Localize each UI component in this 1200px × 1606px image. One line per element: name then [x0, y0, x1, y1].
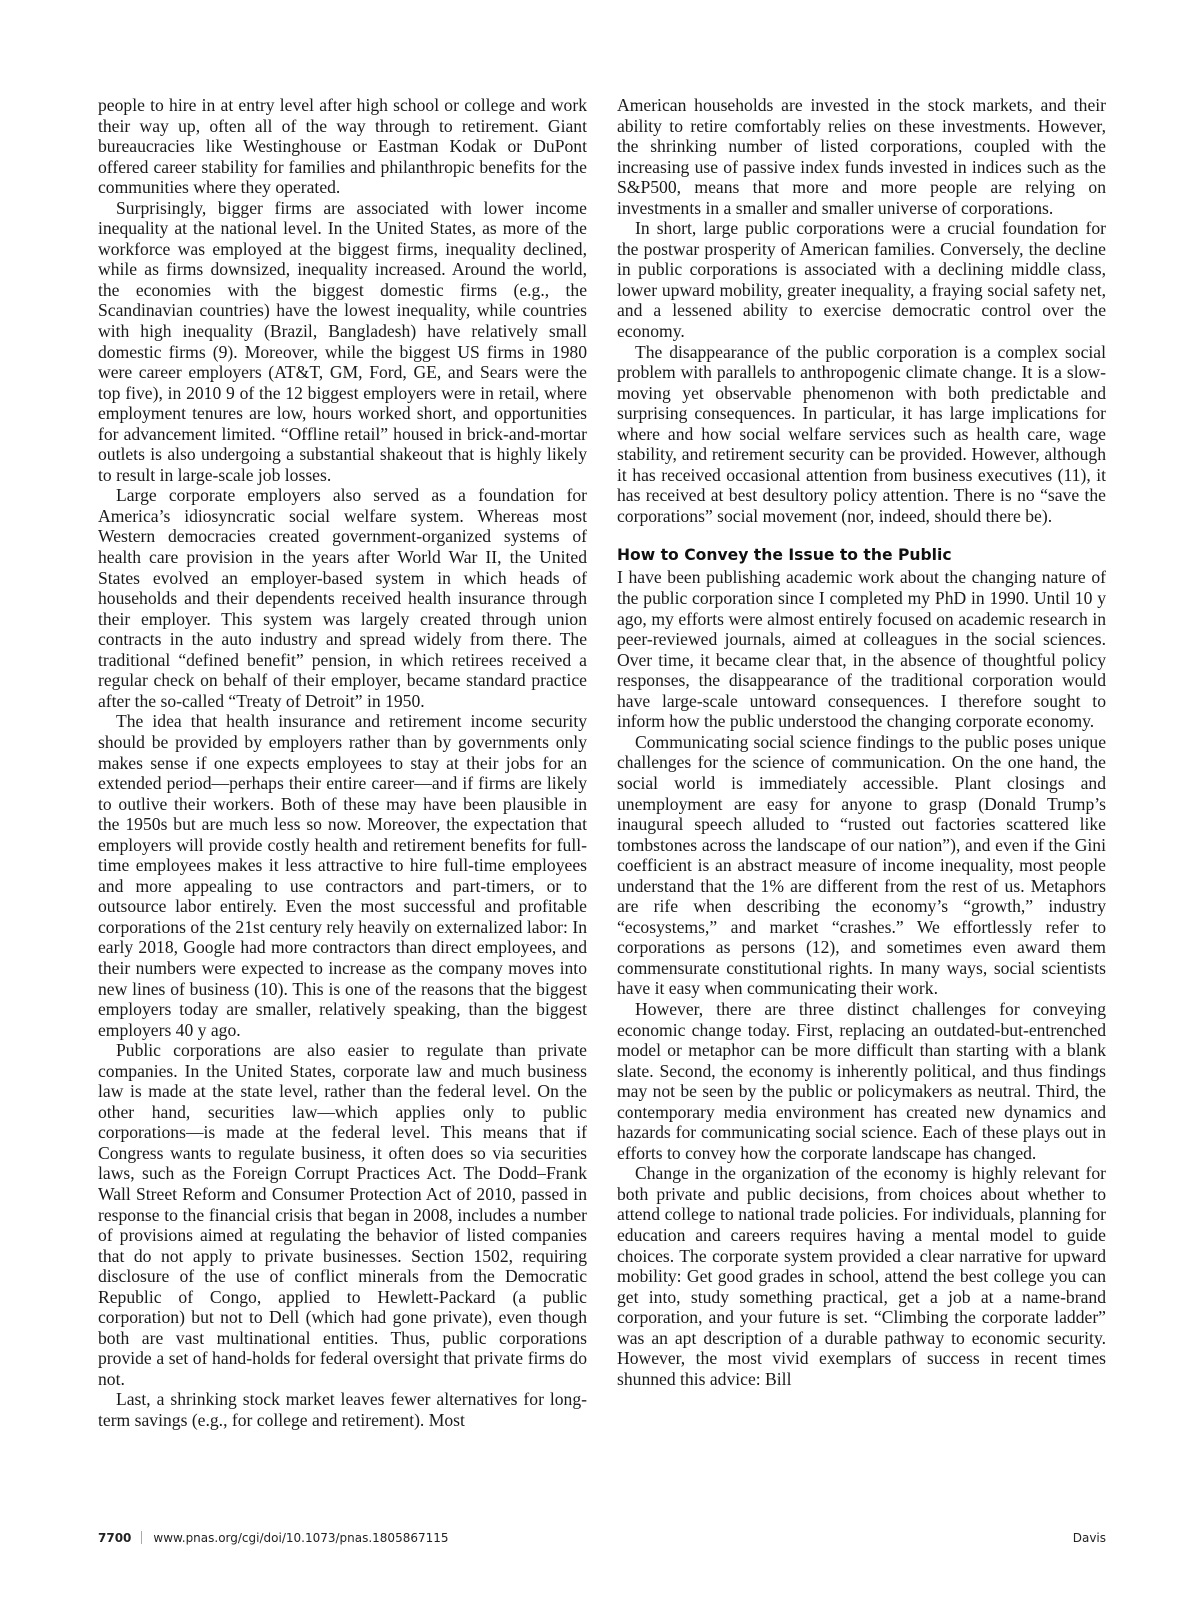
paragraph-stock-market: Last, a shrinking stock market leaves fe…	[98, 1389, 587, 1430]
paragraph-communicating: Communicating social science findings to…	[617, 732, 1106, 999]
right-column: American households are invested in the …	[617, 95, 1106, 1389]
section-heading: How to Convey the Issue to the Public	[617, 545, 1106, 565]
running-author: Davis	[1073, 1531, 1106, 1545]
paragraph-social-welfare: Large corporate employers also served as…	[98, 485, 587, 711]
paragraph-households-invested: American households are invested in the …	[617, 95, 1106, 218]
paragraph-employer-benefits: The idea that health insurance and retir…	[98, 711, 587, 1040]
paragraph-regulation: Public corporations are also easier to r…	[98, 1040, 587, 1389]
paragraph-three-challenges: However, there are three distinct challe…	[617, 999, 1106, 1163]
page-footer: 7700www.pnas.org/cgi/doi/10.1073/pnas.18…	[98, 1531, 1106, 1551]
left-column: people to hire in at entry level after h…	[98, 95, 587, 1431]
paragraph-in-short: In short, large public corporations were…	[617, 218, 1106, 341]
paragraph-change-organization: Change in the organization of the econom…	[617, 1163, 1106, 1389]
paragraph-disappearance: The disappearance of the public corporat…	[617, 342, 1106, 527]
footer-divider	[141, 1531, 142, 1544]
paragraph-firm-size-inequality: Surprisingly, bigger firms are associate…	[98, 198, 587, 486]
paragraph-publishing-work: I have been publishing academic work abo…	[617, 567, 1106, 731]
paragraph-continuation: people to hire in at entry level after h…	[98, 95, 587, 198]
doi-link[interactable]: www.pnas.org/cgi/doi/10.1073/pnas.180586…	[153, 1531, 448, 1545]
page-number: 7700	[98, 1531, 131, 1545]
